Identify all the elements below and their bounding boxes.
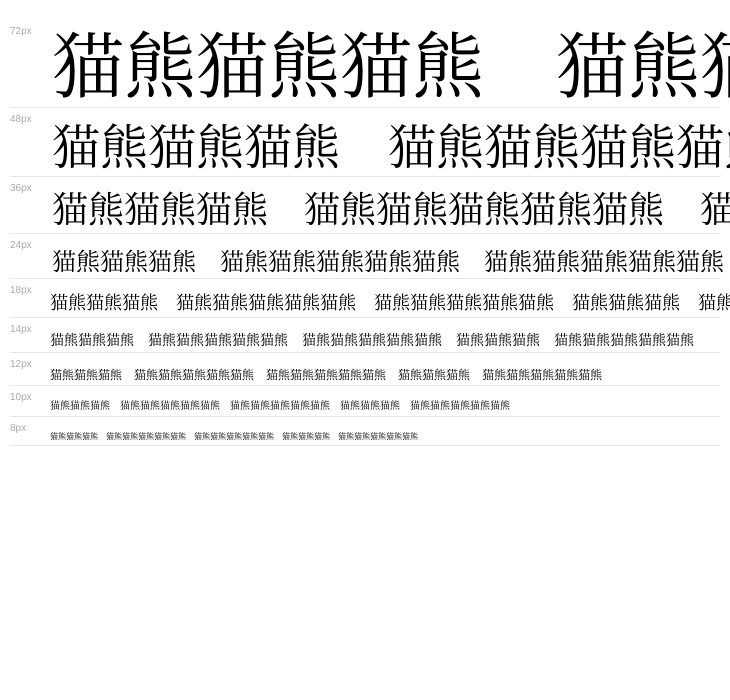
sample-group: 猫熊猫熊猫熊猫熊猫熊 bbox=[106, 433, 186, 441]
sample-group: 猫熊猫熊猫熊猫熊猫熊 bbox=[266, 369, 386, 381]
sample-text: 猫熊猫熊猫熊猫熊猫熊猫熊猫熊猫熊猫熊猫熊猫熊猫熊猫熊猫熊猫熊猫熊猫熊猫熊猫熊猫熊… bbox=[50, 295, 730, 313]
specimen-row-8px: 8px猫熊猫熊猫熊猫熊猫熊猫熊猫熊猫熊猫熊猫熊猫熊猫熊猫熊猫熊猫熊猫熊猫熊猫熊猫… bbox=[10, 417, 720, 446]
sample-group: 猫熊猫熊猫熊猫熊猫熊 bbox=[304, 193, 664, 229]
sample-group: 猫熊猫熊猫熊 bbox=[456, 334, 540, 348]
sample-text: 猫熊猫熊猫熊猫熊猫熊猫熊猫熊猫熊猫熊猫熊猫熊猫熊猫熊猫熊猫熊猫熊猫熊猫熊猫熊猫熊… bbox=[50, 369, 730, 381]
size-label: 8px bbox=[10, 423, 26, 435]
sample-group: 猫熊猫熊猫熊猫熊猫熊 bbox=[120, 402, 220, 412]
sample-group: 猫熊猫熊猫熊猫熊猫熊 bbox=[700, 193, 730, 229]
sample-group: 猫熊猫熊猫熊 bbox=[52, 31, 484, 103]
sample-group: 猫熊猫熊猫熊 bbox=[50, 295, 158, 313]
specimen-row-72px: 72px猫熊猫熊猫熊猫熊猫熊猫熊猫熊猫熊猫熊猫熊猫熊猫熊猫熊 bbox=[10, 20, 720, 108]
sample-text: 猫熊猫熊猫熊猫熊猫熊猫熊猫熊猫熊猫熊猫熊猫熊猫熊猫熊 bbox=[52, 124, 730, 172]
sample-group: 猫熊猫熊猫熊猫熊猫熊 bbox=[176, 295, 356, 313]
sample-group: 猫熊猫熊猫熊 bbox=[52, 124, 340, 172]
sample-group: 猫熊猫熊猫熊猫熊猫熊 bbox=[556, 31, 730, 103]
sample-text: 猫熊猫熊猫熊猫熊猫熊猫熊猫熊猫熊猫熊猫熊猫熊猫熊猫熊 bbox=[52, 31, 730, 103]
sample-group: 猫熊猫熊猫熊猫熊猫熊 bbox=[220, 250, 460, 274]
sample-group: 猫熊猫熊猫熊猫熊猫熊 bbox=[194, 433, 274, 441]
sample-group: 猫熊猫熊猫熊猫熊猫熊 bbox=[302, 334, 442, 348]
sample-group: 猫熊猫熊猫熊猫熊猫熊 bbox=[148, 334, 288, 348]
specimen-row-24px: 24px猫熊猫熊猫熊猫熊猫熊猫熊猫熊猫熊猫熊猫熊猫熊猫熊猫熊猫熊猫熊猫熊猫熊猫熊… bbox=[10, 234, 720, 279]
size-label: 72px bbox=[10, 26, 32, 38]
sample-group: 猫熊猫熊猫熊 bbox=[282, 433, 330, 441]
font-specimen-page: 72px猫熊猫熊猫熊猫熊猫熊猫熊猫熊猫熊猫熊猫熊猫熊猫熊猫熊48px猫熊猫熊猫熊… bbox=[0, 0, 730, 700]
sample-group: 猫熊猫熊猫熊 bbox=[340, 402, 400, 412]
size-label: 12px bbox=[10, 359, 32, 371]
sample-text: 猫熊猫熊猫熊猫熊猫熊猫熊猫熊猫熊猫熊猫熊猫熊猫熊猫熊猫熊猫熊猫熊 bbox=[52, 193, 730, 229]
sample-group: 猫熊猫熊猫熊 bbox=[52, 250, 196, 274]
size-label: 18px bbox=[10, 285, 32, 297]
specimen-row-10px: 10px猫熊猫熊猫熊猫熊猫熊猫熊猫熊猫熊猫熊猫熊猫熊猫熊猫熊猫熊猫熊猫熊猫熊猫熊… bbox=[10, 386, 720, 417]
size-label: 24px bbox=[10, 240, 32, 252]
sample-group: 猫熊猫熊猫熊猫熊猫熊 bbox=[374, 295, 554, 313]
sample-group: 猫熊猫熊猫熊猫熊猫熊 bbox=[230, 402, 330, 412]
sample-group: 猫熊猫熊猫熊猫熊猫熊 bbox=[134, 369, 254, 381]
sample-text: 猫熊猫熊猫熊猫熊猫熊猫熊猫熊猫熊猫熊猫熊猫熊猫熊猫熊猫熊猫熊猫熊猫熊猫熊猫熊猫熊… bbox=[52, 250, 730, 274]
sample-group: 猫熊猫熊猫熊 bbox=[50, 369, 122, 381]
specimen-row-18px: 18px猫熊猫熊猫熊猫熊猫熊猫熊猫熊猫熊猫熊猫熊猫熊猫熊猫熊猫熊猫熊猫熊猫熊猫熊… bbox=[10, 279, 720, 318]
size-label: 36px bbox=[10, 183, 32, 195]
font-size-specimen: 72px猫熊猫熊猫熊猫熊猫熊猫熊猫熊猫熊猫熊猫熊猫熊猫熊猫熊48px猫熊猫熊猫熊… bbox=[10, 20, 730, 446]
specimen-row-14px: 14px猫熊猫熊猫熊猫熊猫熊猫熊猫熊猫熊猫熊猫熊猫熊猫熊猫熊猫熊猫熊猫熊猫熊猫熊… bbox=[10, 318, 720, 353]
sample-group: 猫熊猫熊猫熊猫熊猫熊 bbox=[554, 334, 694, 348]
sample-group: 猫熊猫熊猫熊 bbox=[50, 334, 134, 348]
size-label: 14px bbox=[10, 324, 32, 336]
sample-group: 猫熊猫熊猫熊 bbox=[398, 369, 470, 381]
specimen-row-48px: 48px猫熊猫熊猫熊猫熊猫熊猫熊猫熊猫熊猫熊猫熊猫熊猫熊猫熊 bbox=[10, 108, 720, 177]
specimen-row-36px: 36px猫熊猫熊猫熊猫熊猫熊猫熊猫熊猫熊猫熊猫熊猫熊猫熊猫熊猫熊猫熊猫熊 bbox=[10, 177, 720, 234]
sample-group: 猫熊猫熊猫熊猫熊猫熊 bbox=[410, 402, 510, 412]
sample-text: 猫熊猫熊猫熊猫熊猫熊猫熊猫熊猫熊猫熊猫熊猫熊猫熊猫熊猫熊猫熊猫熊猫熊猫熊猫熊猫熊… bbox=[50, 433, 730, 441]
sample-text: 猫熊猫熊猫熊猫熊猫熊猫熊猫熊猫熊猫熊猫熊猫熊猫熊猫熊猫熊猫熊猫熊猫熊猫熊猫熊猫熊… bbox=[50, 334, 730, 348]
sample-group: 猫熊猫熊猫熊猫熊猫熊 bbox=[388, 124, 730, 172]
sample-group: 猫熊猫熊猫熊 bbox=[50, 402, 110, 412]
sample-text: 猫熊猫熊猫熊猫熊猫熊猫熊猫熊猫熊猫熊猫熊猫熊猫熊猫熊猫熊猫熊猫熊猫熊猫熊猫熊猫熊… bbox=[50, 402, 730, 412]
size-label: 48px bbox=[10, 114, 32, 126]
sample-group: 猫熊猫熊猫熊猫熊猫熊 bbox=[484, 250, 724, 274]
sample-group: 猫熊猫熊猫熊猫熊猫熊 bbox=[698, 295, 730, 313]
specimen-row-12px: 12px猫熊猫熊猫熊猫熊猫熊猫熊猫熊猫熊猫熊猫熊猫熊猫熊猫熊猫熊猫熊猫熊猫熊猫熊… bbox=[10, 353, 720, 386]
sample-group: 猫熊猫熊猫熊 bbox=[50, 433, 98, 441]
size-label: 10px bbox=[10, 392, 32, 404]
sample-group: 猫熊猫熊猫熊 bbox=[52, 193, 268, 229]
sample-group: 猫熊猫熊猫熊 bbox=[572, 295, 680, 313]
sample-group: 猫熊猫熊猫熊猫熊猫熊 bbox=[338, 433, 418, 441]
sample-group: 猫熊猫熊猫熊猫熊猫熊 bbox=[482, 369, 602, 381]
